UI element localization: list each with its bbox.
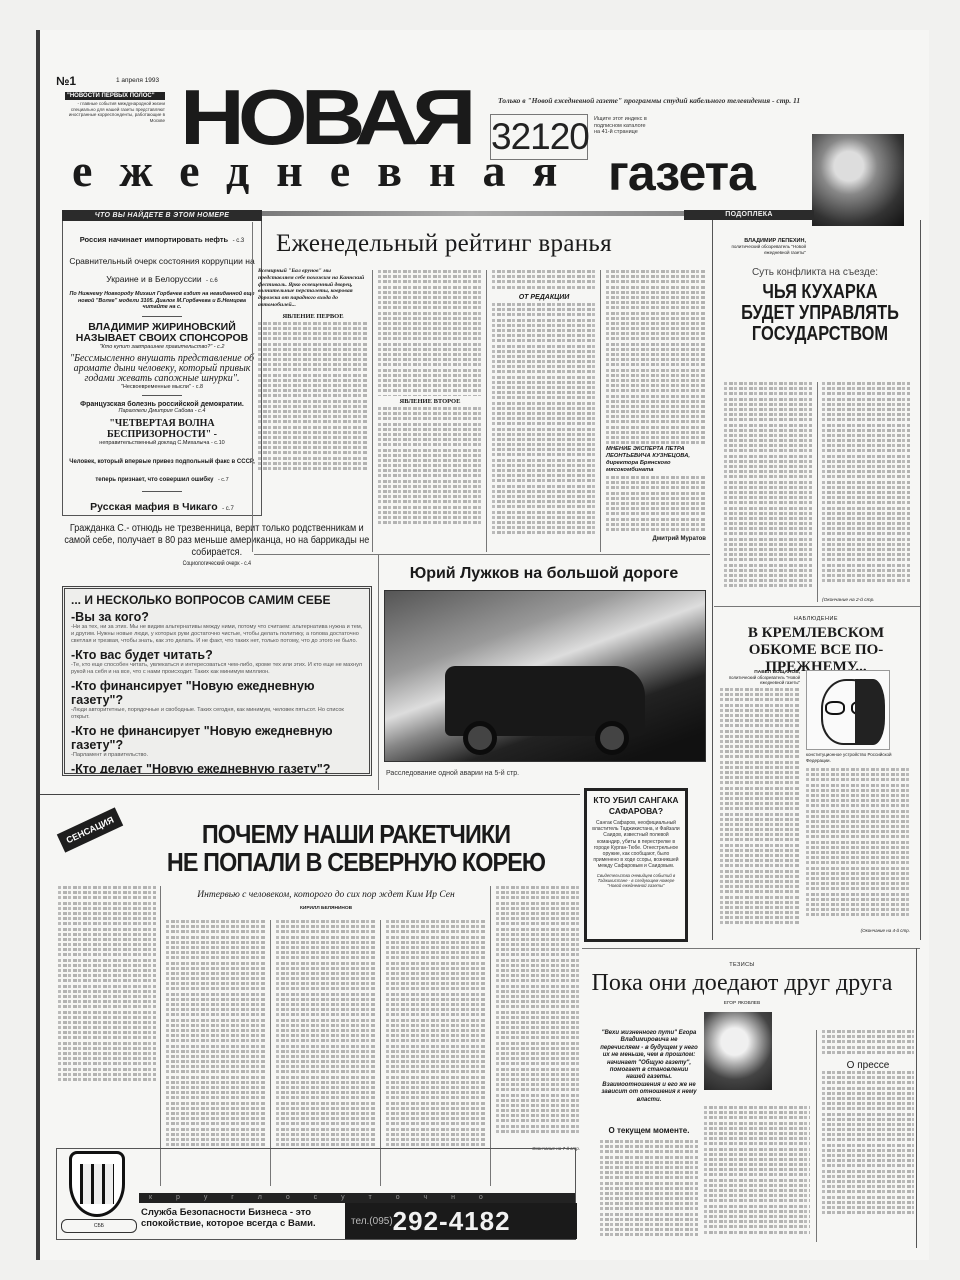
kremlin-col-2: (Окончание на 4-й стр. [806, 768, 910, 933]
toc-item[interactable]: ВЛАДИМИР ЖИРИНОВСКИЙ НАЗЫВАЕТ СВОИХ СПОН… [67, 320, 257, 352]
masthead-word-ezhednevna: ежедневна [72, 145, 533, 196]
subscription-note: Ищите этот индекс в подписном каталоге н… [594, 116, 652, 136]
korea-headline[interactable]: ПОЧЕМУ НАШИ РАКЕТЧИКИ НЕ ПОПАЛИ В СЕВЕРН… [158, 820, 554, 876]
theses-press-title: О прессе [822, 1060, 914, 1071]
toc-item[interactable]: "Бессмысленно внушать представление об а… [67, 352, 257, 392]
podoplyoka-byline: ВЛАДИМИР ЛЕПЕХИН, политический обозреват… [716, 238, 806, 255]
toc-item[interactable]: Русская мафия в Чикаго - с.7 [67, 495, 257, 517]
author-photo-lepekhin [812, 134, 904, 226]
sbb-phone[interactable]: тел.(095)292-4182 [345, 1203, 577, 1239]
podoplyoka-col-1 [724, 382, 812, 602]
column-rule [817, 382, 818, 602]
question: -Кто делает "Новую ежедневную газету"? [71, 762, 363, 776]
rating-col-2: ЯВЛЕНИЕ ВТОРОЕ [378, 270, 482, 527]
theses-col-3: О прессе [822, 1030, 914, 1231]
cable-tv-tagline: Только в "Новой ежедневной газете" прогр… [498, 96, 800, 105]
sensation-badge: СЕНСАЦИЯ [57, 807, 123, 852]
korea-subhead: Интервью с человеком, которого до сих по… [166, 890, 486, 900]
theses-headline[interactable]: Пока они доедают друг друга [582, 970, 902, 997]
section-heading: ЯВЛЕНИЕ ПЕРВОЕ [258, 313, 368, 320]
issue-date: 1 апреля 1993 [116, 77, 159, 84]
korea-headline-line2: НЕ ПОПАЛИ В СЕВЕРНУЮ КОРЕЮ [158, 848, 554, 876]
masthead-word-gazeta: газета [608, 150, 755, 196]
sbb-slogan: Служба Безопасности Бизнеса - это спокой… [141, 1207, 341, 1229]
column-rule [252, 222, 253, 552]
masthead-title-bottom: ежедневная [72, 148, 557, 194]
news-box-title: "НОВОСТИ ПЕРВЫХ ПОЛОС" [65, 92, 165, 100]
rating-col-3: ОТ РЕДАКЦИИ [492, 270, 596, 543]
toc-item[interactable]: Сравнительный очерк состояния коррупции … [67, 249, 257, 289]
question: -Вы за кого? [71, 610, 363, 624]
column-rule [486, 270, 487, 552]
toc-item[interactable]: "ЧЕТВЕРТАЯ ВОЛНА БЕСПРИЗОРНОСТИ" -неправ… [67, 416, 257, 448]
luzhkov-caption: Расследование одной аварии на 5-й стр. [386, 770, 519, 777]
kremlin-caption: конституционное устройство Российской Фе… [806, 752, 906, 763]
vorshchanov-sketch [806, 670, 890, 750]
column-rule [380, 920, 381, 1186]
divider [142, 491, 182, 492]
theses-section: О текущем моменте. [600, 1126, 698, 1135]
safarov-box[interactable]: КТО УБИЛ САНГАКА САФАРОВА? Сангак Сафаро… [584, 788, 688, 942]
answer: -Парламент и правительство. [71, 752, 363, 759]
podoplyoka-header: ПОДОПЛЕКА [684, 210, 814, 220]
column-rule [490, 886, 491, 1186]
korea-col-1 [58, 886, 156, 1096]
yakovlev-photo [704, 1012, 772, 1090]
column-rule [160, 886, 161, 1186]
korea-col-3 [276, 920, 376, 1160]
theses-author: ЕГОР ЯКОВЛЕВ [582, 1001, 902, 1006]
kremlin-headline[interactable]: В КРЕМЛЕВСКОМ ОБКОМЕ ВСЕ ПО-ПРЕЖНЕМУ... [716, 625, 916, 676]
column-rule [816, 1030, 817, 1242]
sbb-motto: к р у г л о с у т о ч н о [139, 1193, 575, 1203]
korea-headline-line1: ПОЧЕМУ НАШИ РАКЕТЧИКИ [158, 820, 554, 848]
column-rule [916, 948, 917, 1248]
divider [142, 395, 182, 396]
column-rule [378, 554, 379, 790]
contents-header: ЧТО ВЫ НАЙДЕТЕ В ЭТОМ НОМЕРЕ [62, 210, 262, 221]
korea-col-2 [166, 920, 266, 1160]
podoplyoka-headline[interactable]: ЧЬЯ КУХАРКА БУДЕТ УПРАВЛЯТЬ ГОСУДАРСТВОМ [738, 282, 902, 345]
column-rule [270, 920, 271, 1186]
rating-col-1: Всемирный "Бал врунов" мы представляем с… [258, 268, 368, 558]
section-heading: ЯВЛЕНИЕ ВТОРОЕ [378, 398, 482, 405]
column-rule [920, 220, 921, 940]
rating-col-4: МНЕНИЕ ЭКСПЕРТА ПЕТРА ЛЕОНТЬЕВИЧА КУЗНЕЦ… [606, 270, 706, 542]
korea-author: КИРИЛЛ БЕЛЯНИНОВ [166, 906, 486, 911]
expert-heading: МНЕНИЕ ЭКСПЕРТА ПЕТРА ЛЕОНТЬЕВИЧА КУЗНЕЦ… [606, 446, 706, 474]
sbb-advert[interactable]: СББ к р у г л о с у т о ч н о Служба Без… [56, 1148, 576, 1240]
questions-header: ... И НЕСКОЛЬКО ВОПРОСОВ САМИМ СЕБЕ [71, 593, 363, 607]
theses-col-2 [704, 1106, 810, 1240]
section-rule [40, 794, 580, 795]
safarov-body: Сангак Сафаров, неофициальный властитель… [591, 820, 681, 870]
theses-col-1 [600, 1140, 698, 1240]
answer: -Ни за тех, ни за этих. Мы не видим альт… [71, 624, 363, 645]
issue-number: №1 [56, 74, 76, 88]
safarov-footer: Свидетельства очевидцев событий в Таджик… [591, 873, 681, 889]
column-rule [372, 270, 373, 552]
podoplyoka-col-2: (Окончание на 2-й стр. [822, 382, 910, 603]
continued-note: (Окончание на 4-й стр. [806, 928, 910, 933]
kremlin-kicker: НАБЛЮДЕНИЕ [716, 616, 916, 622]
sbb-shield-logo [69, 1151, 125, 1217]
kremlin-col-1: ПАВЕЛ ВОЩАНОВ, политический обозреватель… [720, 670, 800, 938]
column-rule [712, 220, 713, 940]
korea-col-4 [386, 920, 486, 1160]
question: -Кто не финансирует "Новую ежедневную га… [71, 724, 363, 752]
column-rule [600, 270, 601, 552]
question: -Кто вас будет читать? [71, 648, 363, 662]
toc-item[interactable]: Россия начинает импортировать нефть - с.… [67, 227, 257, 249]
answer: -Люди авторитетные, порядочные и свободн… [71, 707, 363, 721]
question: -Кто финансирует "Новую ежедневную газет… [71, 679, 363, 707]
rating-headline: Еженедельный рейтинг вранья [276, 230, 612, 258]
section-rule [582, 948, 920, 949]
questions-box: ... И НЕСКОЛЬКО ВОПРОСОВ САМИМ СЕБЕ -Вы … [62, 586, 372, 776]
safarov-headline: КТО УБИЛ САНГАКА САФАРОВА? [591, 795, 681, 817]
theses-quote: "Вехи жизненного пути" Егора Владимирови… [600, 1030, 698, 1104]
section-heading: ОТ РЕДАКЦИИ [492, 294, 596, 301]
luzhkov-headline[interactable]: Юрий Лужков на большой дороге [384, 565, 704, 583]
rating-signoff: Дмитрий Муратов [606, 536, 706, 542]
masthead-title-top: НОВАЯ [180, 82, 470, 152]
contents-box: Россия начинает импортировать нефть - с.… [62, 221, 262, 516]
news-box-text: - главные события международной жизни сп… [65, 101, 165, 123]
answer: -Те, кто еще способен читать, увлекаться… [71, 662, 363, 676]
podoplyoka-kicker: Суть конфликта на съезде: [720, 267, 910, 278]
section-rule [714, 606, 920, 607]
theses-kicker: ТЕЗИСЫ [582, 962, 902, 968]
continued-note: (Окончание на 2-й стр. [822, 598, 910, 603]
subscription-index: 32120 [490, 114, 588, 160]
toc-item[interactable]: Человек, который впервые привез подпольн… [67, 448, 257, 488]
rating-lead: Всемирный "Бал врунов" мы представляем с… [258, 268, 368, 309]
toc-item[interactable]: По Нижнему Новгороду Михаил Горбачев езд… [67, 289, 257, 313]
masthead-rule [250, 211, 690, 216]
newspaper-page: №1 1 апреля 1993 "НОВОСТИ ПЕРВЫХ ПОЛОС" … [36, 30, 929, 1260]
korea-col-5: Окончание на 7-й стр. [496, 886, 580, 1151]
divider [142, 316, 182, 317]
toc-item[interactable]: Французская болезнь российской демократи… [67, 399, 257, 416]
sbb-ribbon: СББ [61, 1219, 137, 1233]
luzhkov-car-photo [384, 590, 706, 762]
section-rule [254, 554, 710, 555]
